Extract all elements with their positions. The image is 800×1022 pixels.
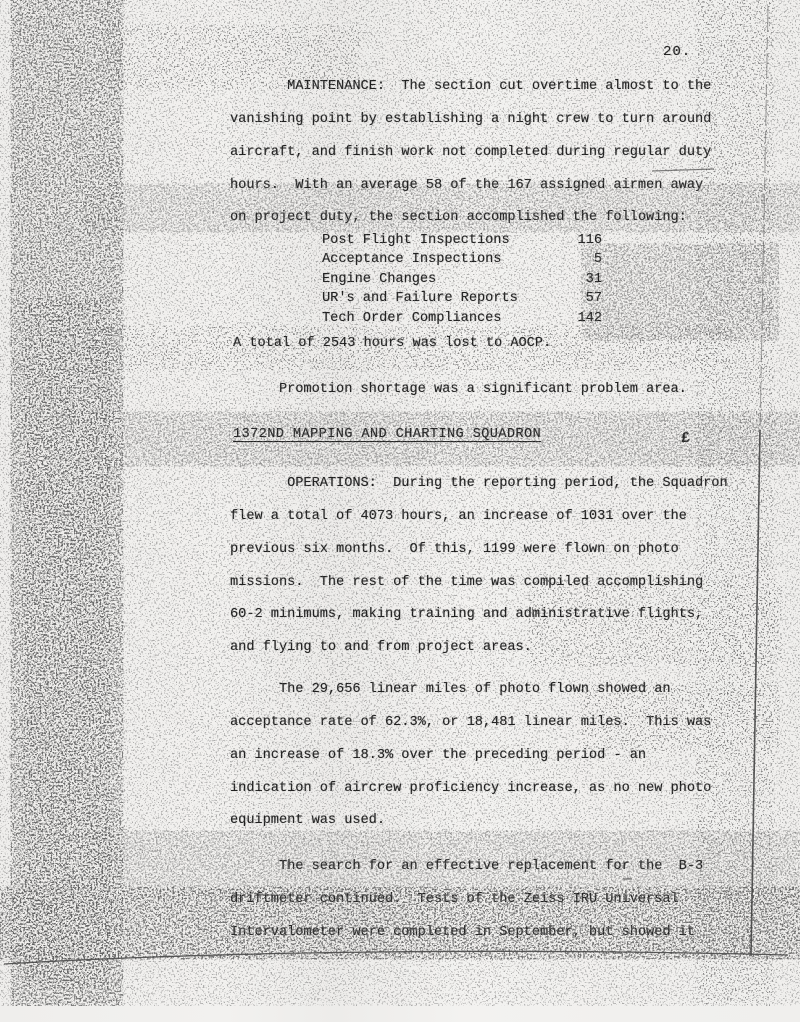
text-line: and flying to and from project areas. [230, 632, 728, 665]
text-line: equipment was used. [230, 805, 711, 838]
text-line: driftmeter continued. Tests of the Zeiss… [230, 884, 703, 917]
squadron-heading-text: 1372ND MAPPING AND CHARTING SQUADRON [233, 427, 541, 442]
maintenance-paragraph: MAINTENANCE: The section cut overtime al… [230, 71, 711, 235]
page-right-edge-upper [760, 6, 768, 430]
text-line: flew a total of 4073 hours, an increase … [230, 501, 728, 534]
text-line: OPERATIONS: During the reporting period,… [230, 468, 728, 501]
page-bottom-edge [4, 951, 788, 964]
text-line: vanishing point by establishing a night … [230, 104, 711, 137]
grain-left-band [16, 0, 118, 958]
promotion-shortage-line: Promotion shortage was a significant pro… [230, 374, 687, 407]
text-line: The 29,656 linear miles of photo flown s… [230, 674, 711, 707]
scanned-document-page: 20. MAINTENANCE: The section cut overtim… [0, 0, 800, 1022]
text-line: hours. With an average 58 of the 167 ass… [230, 170, 711, 203]
table-row: Acceptance Inspections 5 [322, 250, 602, 269]
text-line: MAINTENANCE: The section cut overtime al… [230, 71, 711, 104]
stray-ink-mark: £ [681, 430, 690, 447]
table-row: Tech Order Compliances 142 [322, 309, 602, 328]
driftmeter-paragraph: The search for an effective replacement … [230, 851, 703, 950]
text-line: an increase of 18.3% over the preceding … [230, 740, 711, 773]
table-row: Engine Changes 31 [322, 270, 602, 289]
text-line: missions. The rest of the time was compi… [230, 567, 728, 600]
text-line: previous six months. Of this, 1199 were … [230, 534, 728, 567]
table-row-value: 142 [556, 309, 602, 328]
inspection-counts-table: Post Flight Inspections 116 Acceptance I… [322, 231, 602, 328]
text-line: 60-2 minimums, making training and admin… [230, 599, 728, 632]
table-row-value: 57 [556, 289, 602, 308]
operations-paragraph: OPERATIONS: During the reporting period,… [230, 468, 728, 665]
table-row-label: Acceptance Inspections [322, 250, 556, 269]
text-line: Intervalometer were completed in Septemb… [230, 917, 703, 950]
table-row-value: 5 [556, 250, 602, 269]
photo-acceptance-paragraph: The 29,656 linear miles of photo flown s… [230, 674, 711, 838]
text-line: acceptance rate of 62.3%, or 18,481 line… [230, 707, 711, 740]
text-line: The search for an effective replacement … [230, 851, 703, 884]
table-row: UR's and Failure Reports 57 [322, 289, 602, 308]
page-number: 20. [663, 44, 691, 60]
table-row-label: UR's and Failure Reports [322, 289, 556, 308]
grain-left-band-lower [28, 330, 106, 958]
table-row-label: Tech Order Compliances [322, 309, 556, 328]
table-row-value: 31 [556, 270, 602, 289]
page-right-edge-lower [751, 430, 760, 956]
table-row: Post Flight Inspections 116 [322, 231, 602, 250]
table-row-label: Post Flight Inspections [322, 231, 556, 250]
aocp-total-line: A total of 2543 hours was lost to AOCP. [233, 328, 551, 361]
table-row-label: Engine Changes [322, 270, 556, 289]
squadron-section-heading: 1372ND MAPPING AND CHARTING SQUADRON [233, 419, 541, 452]
table-row-value: 116 [556, 231, 602, 250]
text-line: aircraft, and finish work not completed … [230, 137, 711, 170]
text-line: indication of aircrew proficiency increa… [230, 773, 711, 806]
grain-streak [590, 248, 770, 336]
